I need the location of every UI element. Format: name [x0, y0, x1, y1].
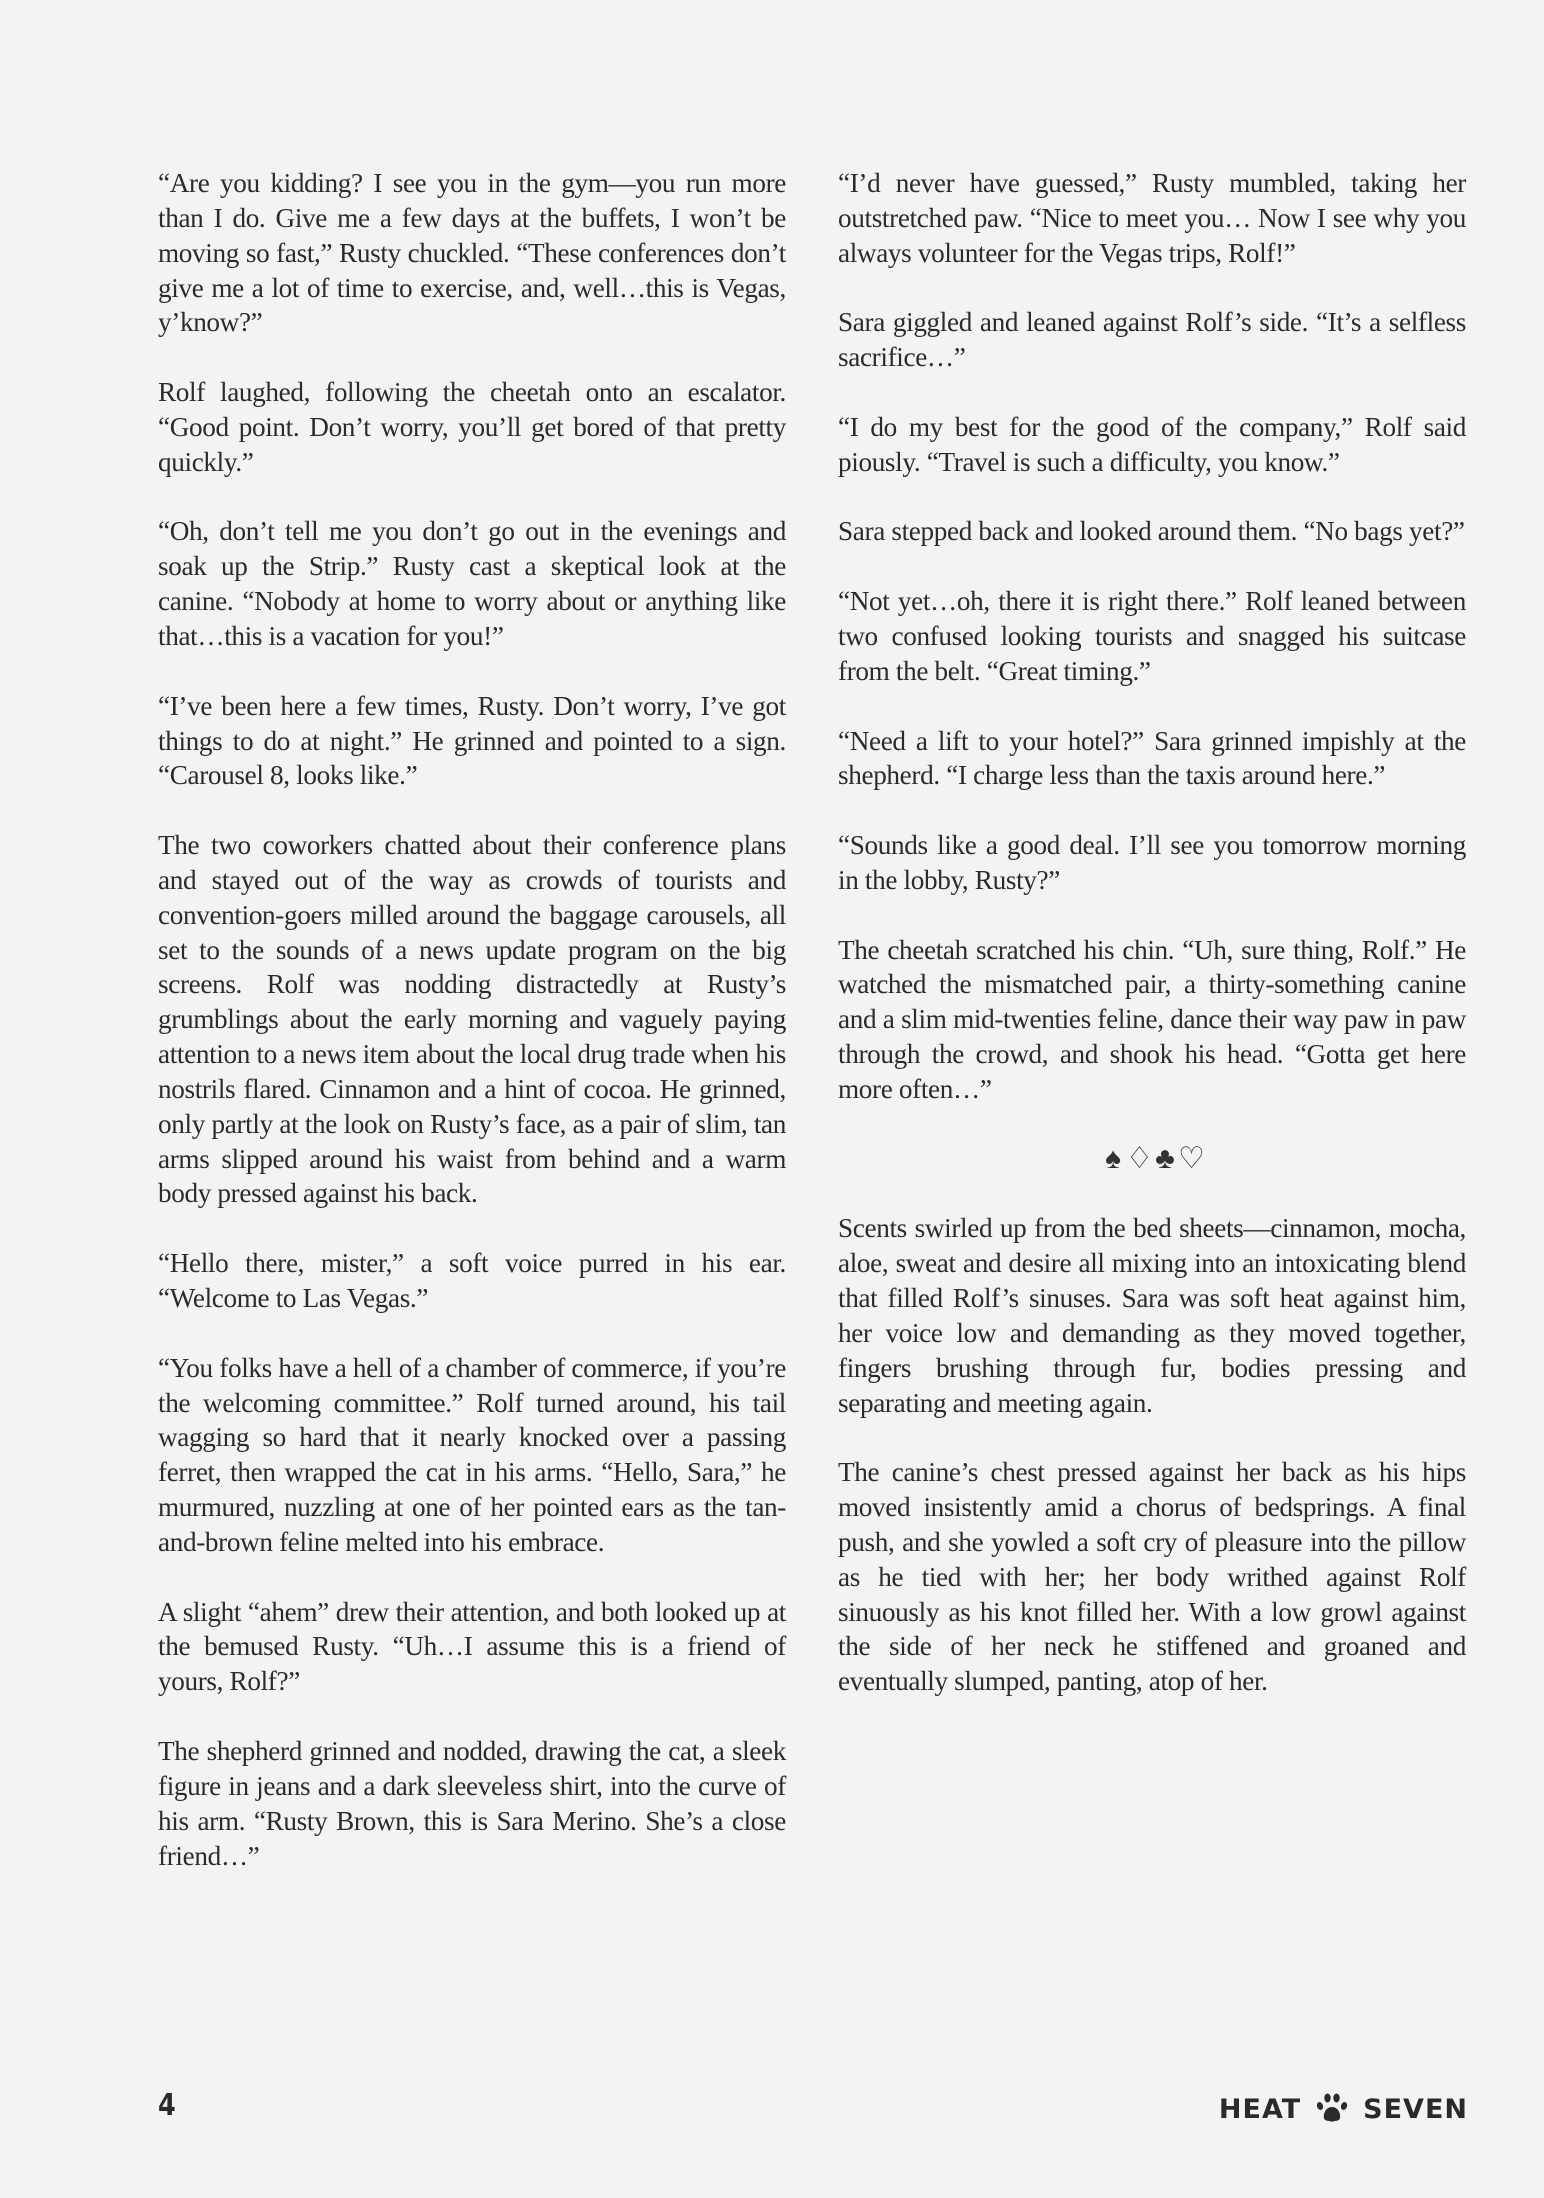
club-icon: ♣ [1152, 1142, 1178, 1177]
paragraph: The cheetah scratched his chin. “Uh, sur… [838, 933, 1466, 1107]
paragraph: The shepherd grinned and nodded, drawing… [158, 1734, 786, 1873]
diamond-icon: ♢ [1126, 1142, 1152, 1177]
paragraph: “Oh, don’t tell me you don’t go out in t… [158, 514, 786, 653]
brand-word-seven: SEVEN [1363, 2094, 1468, 2125]
spade-icon: ♠ [1100, 1142, 1126, 1177]
paw-print-icon [1315, 2092, 1349, 2126]
paragraph: “You folks have a hell of a chamber of c… [158, 1351, 786, 1560]
paragraph: “Hello there, mister,” a soft voice purr… [158, 1246, 786, 1316]
paragraph: Rolf laughed, following the cheetah onto… [158, 375, 786, 480]
paragraph: Sara stepped back and looked around them… [838, 514, 1466, 549]
page-number: 4 [158, 2088, 175, 2123]
magazine-brand: HEAT SEVEN [1219, 2092, 1468, 2126]
paragraph: The two coworkers chatted about their co… [158, 828, 786, 1211]
heart-icon: ♡ [1178, 1142, 1204, 1177]
right-text-column: “I’d never have guessed,” Rusty mumbled,… [838, 166, 1466, 1699]
paragraph: “Need a lift to your hotel?” Sara grinne… [838, 724, 1466, 794]
magazine-page: “Are you kidding? I see you in the gym—y… [0, 0, 1544, 2198]
paragraph: Scents swirled up from the bed sheets—ci… [838, 1211, 1466, 1420]
paragraph: “I’d never have guessed,” Rusty mumbled,… [838, 166, 1466, 271]
paragraph: “I’ve been here a few times, Rusty. Don’… [158, 689, 786, 794]
left-text-column: “Are you kidding? I see you in the gym—y… [158, 166, 786, 1873]
paragraph: A slight “ahem” drew their attention, an… [158, 1595, 786, 1700]
paragraph: “I do my best for the good of the compan… [838, 410, 1466, 480]
paragraph: “Sounds like a good deal. I’ll see you t… [838, 828, 1466, 898]
paragraph: Sara giggled and leaned against Rolf’s s… [838, 305, 1466, 375]
paragraph: The canine’s chest pressed against her b… [838, 1455, 1466, 1699]
paragraph: “Not yet…oh, there it is right there.” R… [838, 584, 1466, 689]
brand-word-heat: HEAT [1219, 2094, 1301, 2125]
paragraph: “Are you kidding? I see you in the gym—y… [158, 166, 786, 340]
section-break-card-suits: ♠♢♣♡ [838, 1142, 1466, 1177]
